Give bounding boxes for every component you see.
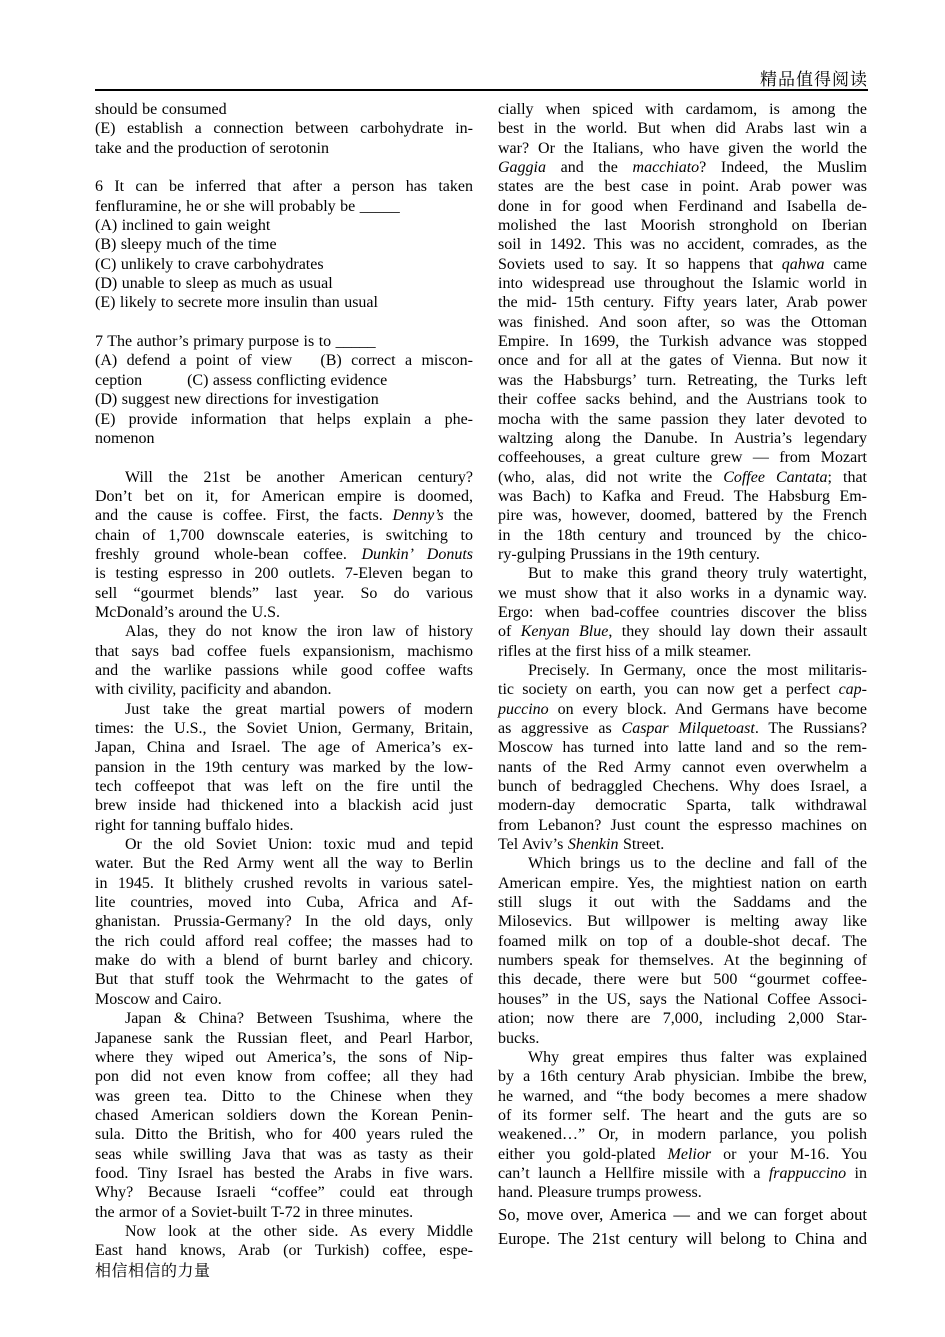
text-line: Why? Because Israeli “coffee” could eat … [95, 1183, 473, 1202]
text-line: can’t launch a Hellfire missile with a f… [498, 1164, 867, 1183]
two-column-text: should be consumed(E) establish a connec… [95, 100, 867, 1261]
text-line: tech coffeepot that was left on the fire… [95, 777, 473, 796]
text-line: Just take the great martial powers of mo… [95, 700, 473, 719]
text-line: should be consumed [95, 100, 473, 119]
text-line: freshly ground whole-bean coffee. Dunkin… [95, 545, 473, 564]
text-line: waltzing along the Danube. In Austria’s … [498, 429, 867, 448]
text-line: Europe. The 21st century will belong to … [498, 1227, 867, 1252]
text-line: still slugs it out with the Saddams and … [498, 893, 867, 912]
header-note: 精品值得阅读 [760, 65, 868, 90]
text-line: modern-day democratic Sparta, talk withd… [498, 796, 867, 815]
text-line: Empire. In 1699, the Turkish advance was… [498, 332, 867, 351]
text-line: Precisely. In Germany, once the most mil… [498, 661, 867, 680]
text-line: weakened…” Or, in modern parlance, you p… [498, 1125, 867, 1144]
text-line: bunch of bedraggled Chechens. Why does I… [498, 777, 867, 796]
text-line: (E) establish a connection between carbo… [95, 119, 473, 138]
text-line: But that stuff took the Wehrmacht to the… [95, 970, 473, 989]
text-line: in 1945. It blithely crushed revolts in … [95, 874, 473, 893]
text-line: nomenon [95, 429, 473, 448]
text-line: into widespread use throughout the Islam… [498, 274, 867, 293]
text-line: war? Or the Italians, who have given the… [498, 139, 867, 158]
text-line: Will the 21st be another American centur… [95, 468, 473, 487]
text-line: that says bad coffee fuels expansionism,… [95, 642, 473, 661]
text-line: American empire. Yes, the mightiest nati… [498, 874, 867, 893]
text-line: Moscow and Cairo. [95, 990, 473, 1009]
text-line: was finished. And soon after, so was the… [498, 313, 867, 332]
text-line: he warned, and “the body becomes a mere … [498, 1087, 867, 1106]
text-line: make do with a blend of burnt barley and… [95, 951, 473, 970]
text-line: states are the best case in point. Arab … [498, 177, 867, 196]
text-line: and the warlike passions while good coff… [95, 661, 473, 680]
text-line: But to make this grand theory truly wate… [498, 564, 867, 583]
text-line: Japan, China and Israel. The age of Amer… [95, 738, 473, 757]
text-line: done in for good when Ferdinand and Isab… [498, 197, 867, 216]
text-line: 6 It can be inferred that after a person… [95, 177, 473, 196]
text-line: 7 The author’s primary purpose is to ___… [95, 332, 473, 351]
text-line: (B) sleepy much of the time [95, 235, 473, 254]
text-line: is testing espresso in 200 outlets. 7-El… [95, 564, 473, 583]
text-line [95, 448, 473, 467]
text-line [95, 158, 473, 177]
text-line: nants of the Red Army cannot even overwh… [498, 758, 867, 777]
text-line: fenfluramine, he or she will probably be… [95, 197, 473, 216]
text-line: we must show that it also works in a dyn… [498, 584, 867, 603]
text-line: Japanese sank the Russian fleet, and Pea… [95, 1029, 473, 1048]
text-line: where they wiped out America’s, the sons… [95, 1048, 473, 1067]
text-line: Milosevics. But willpower is melting awa… [498, 912, 867, 931]
text-line: mocha with the same passion they later d… [498, 410, 867, 429]
text-line: (C) unlikely to crave carbohydrates [95, 255, 473, 274]
text-line: food. Tiny Israel has bested the Arabs i… [95, 1164, 473, 1183]
text-line: water. But the Red Army went all the way… [95, 854, 473, 873]
header-rule [95, 89, 868, 91]
text-line: Why great empires thus falter was explai… [498, 1048, 867, 1067]
text-line: sula. Ditto the British, who for 400 yea… [95, 1125, 473, 1144]
text-line: So, move over, America — and we can forg… [498, 1203, 867, 1228]
text-line: was green tea. Ditto to the Chinese when… [95, 1087, 473, 1106]
text-line: pansion in the 19th century was marked b… [95, 758, 473, 777]
text-line: McDonald’s around the U.S. [95, 603, 473, 622]
text-line: puccino on every block. And Germans have… [498, 700, 867, 719]
text-line: the rich could afford real coffee; the m… [95, 932, 473, 951]
text-line: their coffee sacks behind, and the Austr… [498, 390, 867, 409]
text-line: Tel Aviv’s Shenkin Street. [498, 835, 867, 854]
text-line: soil in 1492. This was no accident, comr… [498, 235, 867, 254]
text-line: rifles at the first hiss of a milk steam… [498, 642, 867, 661]
text-line: foamed milk on top of a double-shot deca… [498, 932, 867, 951]
text-line: ception (C) assess conflicting evidence [95, 371, 473, 390]
text-line: (who, alas, did not write the Coffee Can… [498, 468, 867, 487]
text-line: ry-gulping Prussians in the 19th century… [498, 545, 867, 564]
text-line: lite countries, moved into Cuba, Africa … [95, 893, 473, 912]
text-line: (A) defend a point of view (B) correct a… [95, 351, 473, 370]
text-line: seas while swilling Java that was as tas… [95, 1145, 473, 1164]
text-line: right for tanning buffalo hides. [95, 816, 473, 835]
text-line: tic society on earth, you can now get a … [498, 680, 867, 699]
text-line: ghanistan. Prussia-Germany? In the old d… [95, 912, 473, 931]
text-line: coffeehouses, a great culture grew — fro… [498, 448, 867, 467]
text-line: of Kenyan Blue, they should lay down the… [498, 622, 867, 641]
text-line: best in the world. But when did Arabs la… [498, 119, 867, 138]
text-line: this decade, there were but 500 “gourmet… [498, 970, 867, 989]
text-line: times: the U.S., the Soviet Union, Germa… [95, 719, 473, 738]
right-column: cially when spiced with cardamom, is amo… [498, 100, 867, 1261]
text-line: pire was, however, doomed, battered by t… [498, 506, 867, 525]
text-line: by a 16th century Arab physician. Imbibe… [498, 1067, 867, 1086]
text-line: Moscow has turned into latte land and so… [498, 738, 867, 757]
text-line: in the 18th century and trounced by the … [498, 526, 867, 545]
text-line: and the cause is coffee. First, the fact… [95, 506, 473, 525]
text-line: Ergo: when bad-coffee countries discover… [498, 603, 867, 622]
text-line: sell “gourmet blends” last year. So do v… [95, 584, 473, 603]
text-line: cially when spiced with cardamom, is amo… [498, 100, 867, 119]
text-line: Japan & China? Between Tsushima, where t… [95, 1009, 473, 1028]
text-line: take and the production of serotonin [95, 139, 473, 158]
text-line: chased American soldiers down the Korean… [95, 1106, 473, 1125]
text-line: Soviets used to say. It so happens that … [498, 255, 867, 274]
text-line: hand. Pleasure trumps prowess. [498, 1183, 867, 1202]
text-line: (E) provide information that helps expla… [95, 410, 473, 429]
text-line: brew inside had thickened into a blackis… [95, 796, 473, 815]
text-line: of its former self. The heart and the gu… [498, 1106, 867, 1125]
text-line: Now look at the other side. As every Mid… [95, 1222, 473, 1241]
text-line: the mid- 15th century. Fifty years later… [498, 293, 867, 312]
text-line: with civility, pacificity and abandon. [95, 680, 473, 699]
text-line: Gaggia and the macchiato? Indeed, the Mu… [498, 158, 867, 177]
text-line: as aggressive as Caspar Milquetoast. The… [498, 719, 867, 738]
text-line [95, 313, 473, 332]
text-line: molished the last Moorish stronghold on … [498, 216, 867, 235]
text-line: chain of 1,700 downscale eateries, is sw… [95, 526, 473, 545]
text-line: Don’t bet on it, for American empire is … [95, 487, 473, 506]
document-page: 精品值得阅读 should be consumed(E) establish a… [0, 0, 945, 1337]
text-line: (E) likely to secrete more insulin than … [95, 293, 473, 312]
text-line: was the Habsburgs’ turn. Retreating, the… [498, 371, 867, 390]
text-line: once and for all at the gates of Vienna.… [498, 351, 867, 370]
text-line: Alas, they do not know the iron law of h… [95, 622, 473, 641]
footer-note: 相信相信的力量 [95, 1258, 211, 1281]
text-line: (A) inclined to gain weight [95, 216, 473, 235]
text-line: either you gold-plated Melior or your M-… [498, 1145, 867, 1164]
text-line: Which brings us to the decline and fall … [498, 854, 867, 873]
text-line: ation; now there are 7,000, including 2,… [498, 1009, 867, 1028]
text-line: (D) unable to sleep as much as usual [95, 274, 473, 293]
left-column: should be consumed(E) establish a connec… [95, 100, 473, 1261]
text-line: was Bach) to Kafka and Freud. The Habsbu… [498, 487, 867, 506]
text-line: (D) suggest new directions for investiga… [95, 390, 473, 409]
text-line: from Lebanon? Just count the espresso ma… [498, 816, 867, 835]
text-line: houses” in the US, says the National Cof… [498, 990, 867, 1009]
text-line: Or the old Soviet Union: toxic mud and t… [95, 835, 473, 854]
text-line: the armor of a Soviet-built T-72 in thre… [95, 1203, 473, 1222]
text-line: bucks. [498, 1029, 867, 1048]
text-line: pon did not even know from coffee; all t… [95, 1067, 473, 1086]
text-line: numbers speak for themselves. At the beg… [498, 951, 867, 970]
